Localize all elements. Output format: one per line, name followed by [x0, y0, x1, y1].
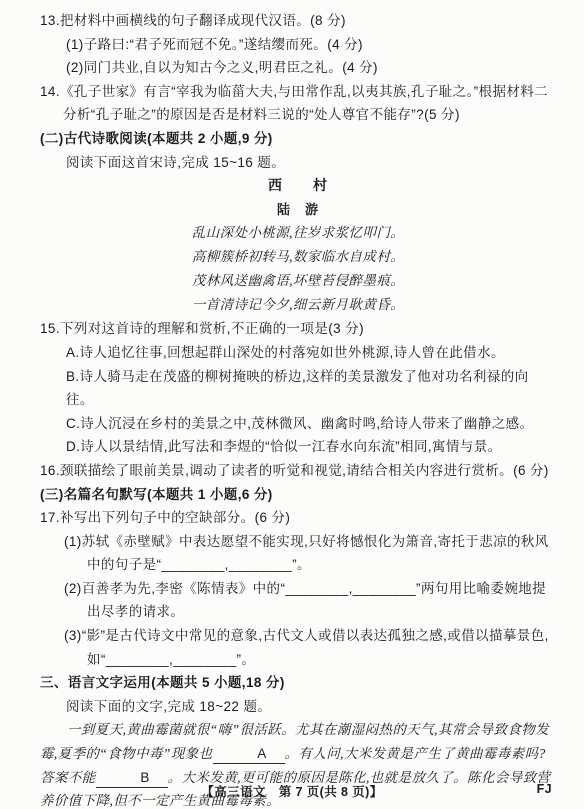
section-lang-intro: 阅读下面的文字,完成 18~22 题。 [66, 695, 556, 719]
section2-heading: (二)古代诗歌阅读(本题共 2 小题,9 分) [40, 127, 556, 151]
poem-line: 乱山深处小桃源,往岁求浆忆叩门。 [40, 221, 556, 245]
q16-stem: 16.颈联描绘了眼前美景,调动了读者的听觉和视觉,请结合相关内容进行赏析。(6 … [40, 459, 556, 483]
poem-title: 西 村 [40, 174, 556, 198]
poem-author: 陆 游 [40, 198, 556, 222]
q14-stem: 14.《孔子世家》有言“宰我为临菑大夫,与田常作乱,以夷其族,孔子耻之。”根据材… [40, 80, 556, 127]
poem-line: 高柳簇桥初转马,数家临水自成村。 [40, 245, 556, 269]
q17-stem: 17.补写出下列句子中的空缺部分。(6 分) [40, 506, 556, 530]
page-footer: 【高三语文 第 7 页(共 8 页)】 FJ [0, 782, 584, 802]
poem-line: 一首清诗记今夕,细云新月耿黄昏。 [40, 293, 556, 317]
q17-sub1: (1)苏轼《赤壁赋》中表达愿望不能实现,只好将憾恨化为箫音,寄托于悲凉的秋风中的… [64, 530, 556, 577]
section3-heading: (三)名篇名句默写(本题共 1 小题,6 分) [40, 483, 556, 507]
q15-stem: 15.下列对这首诗的理解和赏析,不正确的一项是(3 分) [40, 317, 556, 341]
q15-option-b: B.诗人骑马走在茂盛的柳树掩映的桥边,这样的美景激发了他对功名利禄的向往。 [66, 365, 556, 412]
q13-stem: 13.把材料中画横线的句子翻译成现代汉语。(8 分) [40, 9, 556, 33]
q15-option-a: A.诗人追忆往事,回想起群山深处的村落宛如世外桃源,诗人曾在此借水。 [66, 341, 556, 365]
blank-a: A [213, 745, 285, 764]
section2-intro: 阅读下面这首宋诗,完成 15~16 题。 [66, 151, 556, 175]
q17-sub3: (3)“影”是古代诗文中常见的意象,古代文人或借以表达孤独之感,或借以描摹景色,… [64, 624, 556, 671]
q15-option-c: C.诗人沉浸在乡村的美景之中,茂林微风、幽禽时鸣,给诗人带来了幽静之感。 [66, 412, 556, 436]
q13-sub2: (2)同门共业,自以为知古今之义,明君臣之礼。(4 分) [66, 56, 556, 80]
q15-option-d: D.诗人以景结情,此写法和李煜的“恰似一江春水向东流”相同,寓情与景。 [66, 435, 556, 459]
exam-page: 13.把材料中画横线的句子翻译成现代汉语。(8 分) (1)子路曰:“君子死而冠… [0, 0, 584, 809]
q13-sub1: (1)子路曰:“君子死而冠不免。”遂结缨而死。(4 分) [66, 33, 556, 57]
section-lang-heading: 三、语言文字运用(本题共 5 小题,18 分) [40, 671, 556, 695]
poem-line: 茂林风送幽禽语,坏壁苔侵醉墨痕。 [40, 269, 556, 293]
q17-sub2: (2)百善孝为先,李密《陈情表》中的“________,________”两句用… [64, 577, 556, 624]
footer-page-label: 【高三语文 第 7 页(共 8 页)】 [0, 782, 584, 800]
footer-code: FJ [537, 782, 552, 796]
